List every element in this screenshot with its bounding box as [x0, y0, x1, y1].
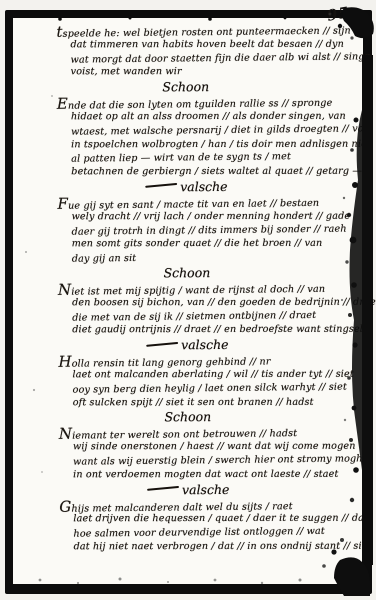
stanza: Holla rensin tit lang genorg gehbind // …: [72, 353, 364, 410]
stanza-heading-schoon: Schoon: [73, 410, 303, 425]
heading-label: Schoon: [162, 79, 209, 94]
plate-frame-bottom: [5, 584, 372, 594]
stanza-line: voist, met wanden wir: [71, 65, 363, 79]
pen-flourish-icon: [147, 486, 179, 491]
stanza-heading-valsche: valsche: [72, 338, 302, 353]
stanza-line: in ont verdoemen mogten dat wact ont lae…: [73, 467, 365, 481]
stanza-heading-valsche: valsche: [71, 179, 301, 194]
heading-label: valsche: [182, 481, 229, 496]
stanza-heading-schoon: Schoon: [72, 265, 302, 280]
stanza-line: diet gaudij ontrijnis // draet // en bed…: [72, 323, 364, 337]
stanza-line: ooy syn berg dien heylig / laet onen sil…: [73, 380, 365, 397]
stanza-line: wtaest, met walsche persnarij / diet in …: [71, 122, 363, 139]
stanza-line: day gij an sit: [72, 250, 364, 267]
stanza: tspeelde he: wel bietjen rosten ont punt…: [70, 23, 362, 80]
stanza-heading-valsche: valsche: [73, 482, 303, 497]
plate-frame-left: [5, 10, 13, 593]
plate-frame-top: [6, 10, 371, 18]
stanza: Niet ist met mij spijtig / want de rijns…: [72, 281, 364, 338]
stanza-heading-schoon: Schoon: [71, 80, 301, 95]
stanza: Niemant ter werelt son ont betrouwen // …: [73, 425, 365, 482]
heading-label: valsche: [180, 179, 227, 194]
stanza-line: betachnen de gerbiergn / siets waltet al…: [71, 165, 363, 179]
stanza-line: wely dracht // vrij lach / onder menning…: [72, 210, 364, 224]
stanza-line: dat timmeren van habits hoven beelt dat …: [70, 38, 362, 52]
text-block: tspeelde he: wel bietjen rosten ont punt…: [70, 23, 365, 554]
stanza: Ghijs met malcanderen dalt wel du sijts …: [73, 498, 365, 555]
stanza-line: den boosen sij bichon, van // den goeden…: [72, 295, 364, 309]
stanza-line: oft sulcken spijt // siet it sen ont bra…: [73, 395, 365, 409]
heading-label: valsche: [181, 337, 228, 352]
manuscript-facsimile-page: 95 tspeelde he: wel bietjen rosten ont p…: [0, 0, 376, 600]
pen-flourish-icon: [146, 342, 178, 347]
pen-flourish-icon: [145, 183, 177, 188]
stanza-line: want als wij euerstig blein / swerch hie…: [73, 452, 365, 469]
stanza-line: dat hij niet naet verbrogen / dat // in …: [74, 540, 366, 554]
heading-label: Schoon: [163, 265, 210, 280]
heading-label: Schoon: [164, 409, 211, 424]
stanza: Fue gij syt en sant / macte tit van en l…: [71, 195, 363, 266]
stanza: Ende dat die son lyten om tguilden ralli…: [71, 95, 364, 180]
